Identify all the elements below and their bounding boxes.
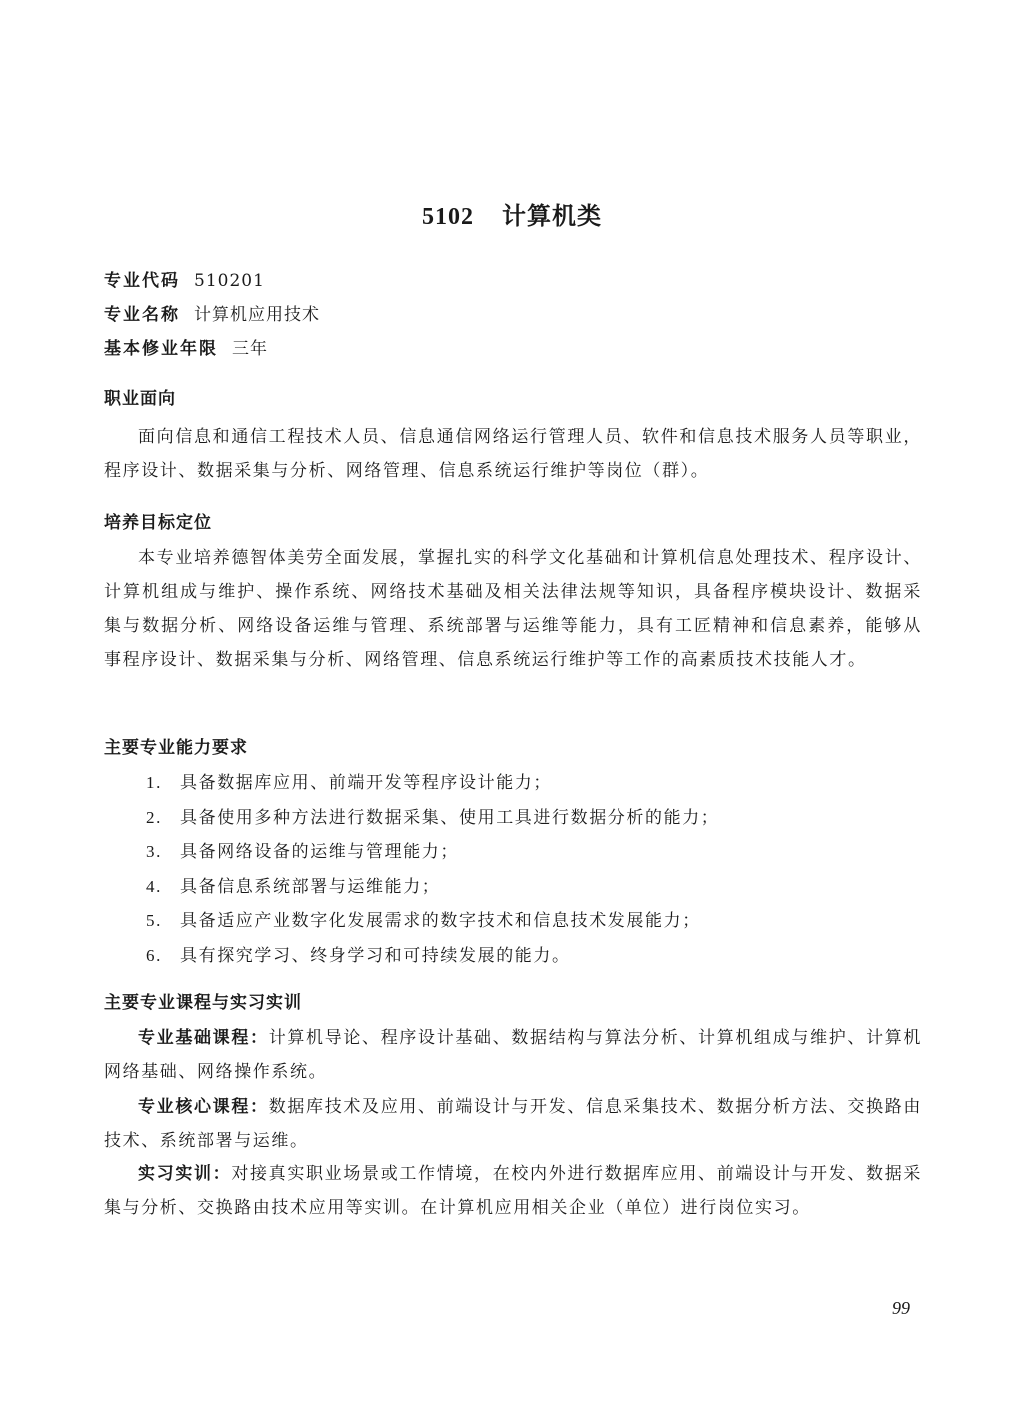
major-code-row: 专业代码510201 [104, 266, 265, 291]
section-heading-courses: 主要专业课程与实习实训 [104, 988, 302, 1013]
list-item: 4.具备信息系统部署与运维能力； [146, 870, 719, 905]
major-name-value: 计算机应用技术 [194, 305, 320, 325]
list-item: 3.具备网络设备的运维与管理能力； [146, 835, 719, 870]
category-code: 5102 [422, 204, 474, 230]
career-paragraph: 面向信息和通信工程技术人员、信息通信网络运行管理人员、软件和信息技术服务人员等职… [104, 420, 922, 488]
major-code-value: 510201 [194, 271, 265, 291]
duration-label: 基本修业年限 [104, 339, 218, 359]
abilities-list: 1.具备数据库应用、前端开发等程序设计能力； 2.具备使用多种方法进行数据采集、… [146, 766, 719, 973]
list-item: 1.具备数据库应用、前端开发等程序设计能力； [146, 766, 719, 801]
section-heading-career: 职业面向 [104, 384, 176, 409]
duration-row: 基本修业年限三年 [104, 334, 268, 359]
section-heading-goal: 培养目标定位 [104, 508, 212, 533]
major-code-label: 专业代码 [104, 271, 180, 291]
basic-courses-paragraph: 专业基础课程：计算机导论、程序设计基础、数据结构与算法分析、计算机组成与维护、计… [104, 1021, 922, 1089]
list-item: 5.具备适应产业数字化发展需求的数字技术和信息技术发展能力； [146, 904, 719, 939]
section-heading-abilities: 主要专业能力要求 [104, 733, 248, 758]
core-courses-paragraph: 专业核心课程：数据库技术及应用、前端设计与开发、信息采集技术、数据分析方法、交换… [104, 1090, 922, 1158]
list-item: 6.具有探究学习、终身学习和可持续发展的能力。 [146, 939, 719, 974]
page-number: 99 [892, 1298, 910, 1319]
page-title: 5102计算机类 [0, 196, 1024, 231]
major-name-row: 专业名称计算机应用技术 [104, 300, 320, 325]
basic-courses-label: 专业基础课程： [138, 1028, 269, 1048]
category-name: 计算机类 [502, 202, 602, 230]
core-courses-label: 专业核心课程： [138, 1097, 269, 1117]
practice-paragraph: 实习实训：对接真实职业场景或工作情境，在校内外进行数据库应用、前端设计与开发、数… [104, 1157, 922, 1225]
duration-value: 三年 [232, 339, 268, 359]
major-name-label: 专业名称 [104, 305, 180, 325]
practice-label: 实习实训： [138, 1164, 231, 1184]
list-item: 2.具备使用多种方法进行数据采集、使用工具进行数据分析的能力； [146, 801, 719, 836]
goal-paragraph: 本专业培养德智体美劳全面发展，掌握扎实的科学文化基础和计算机信息处理技术、程序设… [104, 541, 922, 677]
